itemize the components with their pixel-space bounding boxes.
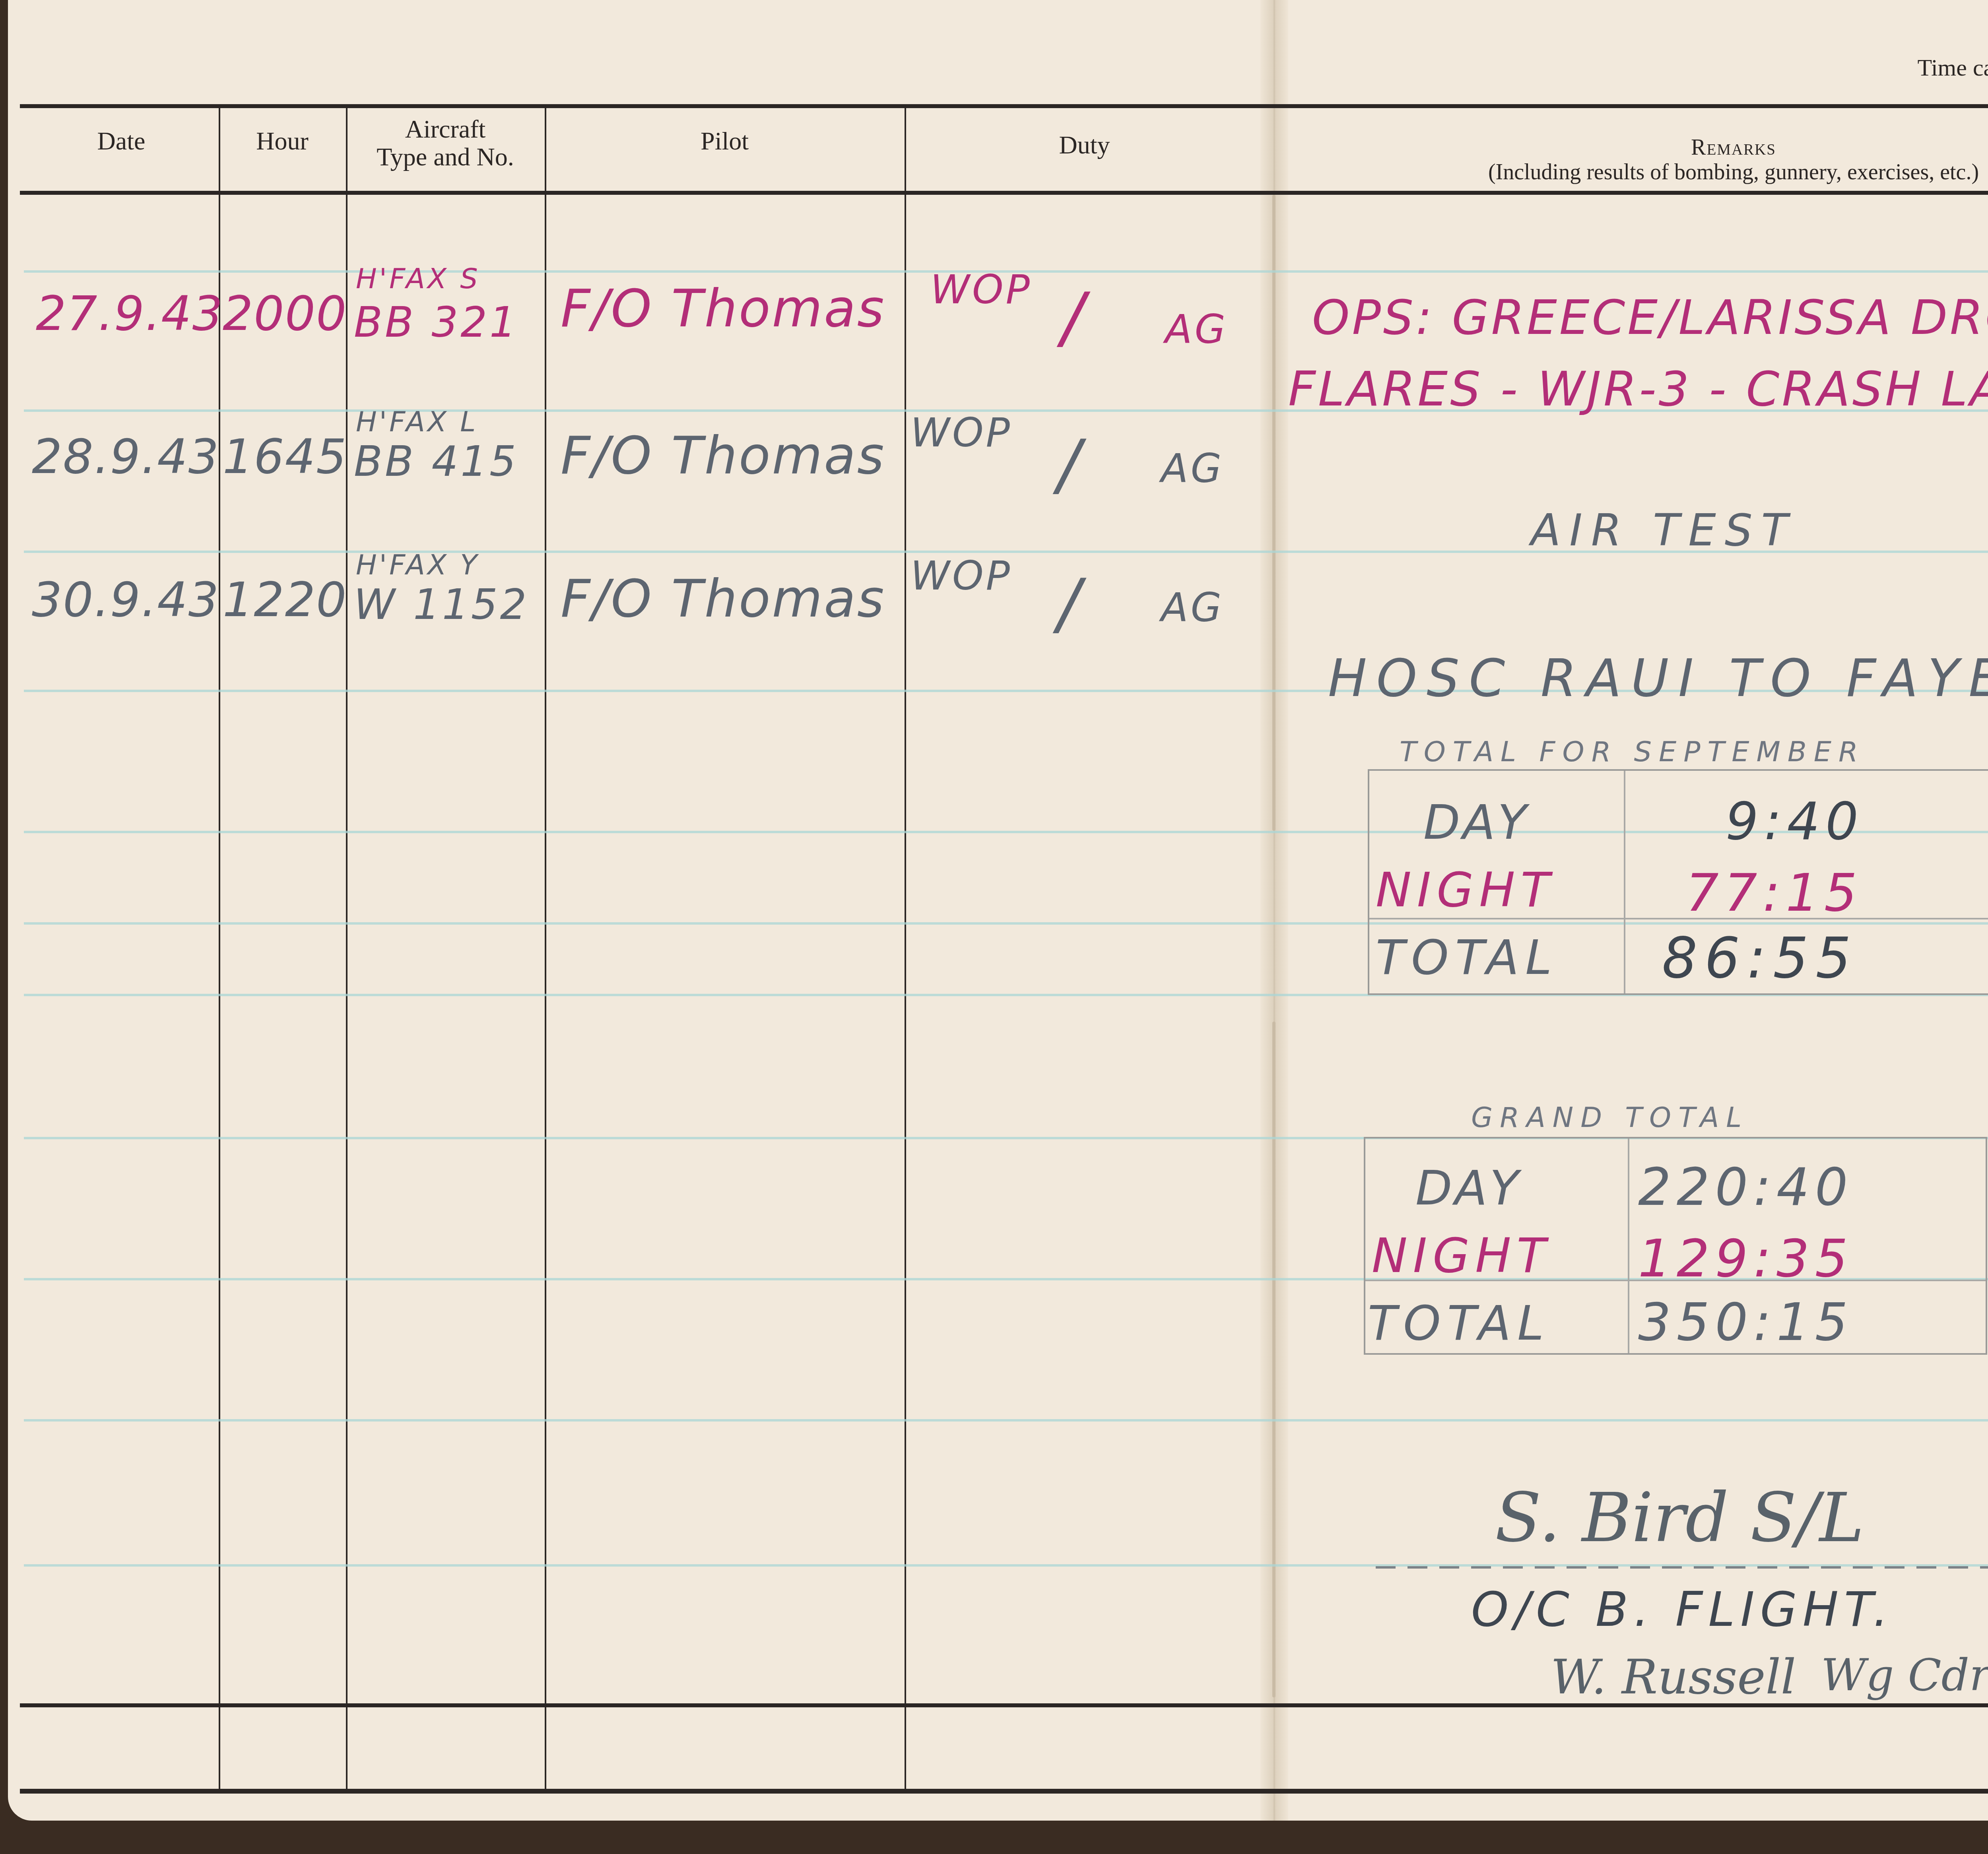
entry-duty-left: WOP	[911, 409, 1012, 456]
grand-day-label: DAY	[1415, 1161, 1521, 1216]
grand-total-title: GRAND TOTAL	[1471, 1101, 1749, 1134]
monthly-night-label: NIGHT	[1376, 863, 1555, 918]
column-header-remarks-subtitle: (Including results of bombing, gunnery, …	[1300, 160, 1988, 184]
entry-duty-right: AG	[1161, 445, 1224, 492]
entry-aircraft-type: H'FAX Y	[356, 549, 480, 581]
entry-remarks-line1: HOSC RAUI TO FAYED	[1328, 648, 1988, 708]
entry-duty-right: AG	[1165, 306, 1228, 353]
grand-night-value: 129:35	[1638, 1228, 1853, 1289]
ruled-line	[24, 1419, 1988, 1422]
column-divider	[905, 108, 906, 1790]
flight-commander-signature: S. Bird S/L	[1495, 1479, 1864, 1557]
column-header-pilot: Pilot	[545, 127, 905, 155]
time-carried-forward-label: Time carried forward:—	[1825, 54, 1988, 81]
grand-day-value: 220:40	[1638, 1157, 1853, 1217]
column-header-remarks: Remarks (Including results of bombing, g…	[1300, 135, 1988, 184]
binding-stitch	[1272, 1022, 1276, 1697]
grand-total-divider	[1628, 1138, 1629, 1353]
entry-pilot: F/O Thomas	[561, 425, 886, 486]
entry-remarks-line2: FLARES - WJR-3 - CRASH LANDING	[1288, 362, 1988, 417]
entry-aircraft-type: H'FAX L	[356, 405, 478, 438]
entry-aircraft-no: W 1152	[354, 580, 529, 629]
monthly-total-title: TOTAL FOR SEPTEMBER	[1400, 735, 1865, 768]
entry-hour: 1645	[223, 429, 347, 485]
entry-duty-left: WOP	[930, 266, 1032, 313]
entry-duty-separator: /	[1062, 278, 1087, 357]
column-header-aircraft: Aircraft Type and No.	[346, 115, 545, 171]
binding-stitch	[1272, 195, 1276, 831]
entry-duty-separator: /	[1058, 425, 1083, 504]
header-bottom-rule	[20, 191, 1988, 195]
entry-hour: 2000	[223, 286, 347, 341]
entry-pilot: F/O Thomas	[561, 278, 886, 339]
entry-aircraft-no: BB 321	[354, 298, 518, 347]
signature-line	[1376, 1566, 1988, 1569]
entry-remarks-line1: OPS: GREECE/LARISSA DROME	[1312, 290, 1988, 345]
flight-commander-title: O/C B. FLIGHT.	[1471, 1582, 1894, 1637]
column-divider	[545, 108, 546, 1790]
grand-night-label: NIGHT	[1372, 1228, 1551, 1284]
column-header-hour: Hour	[219, 127, 346, 155]
entry-pilot: F/O Thomas	[561, 568, 886, 629]
monthly-day-value: 9:40	[1726, 791, 1864, 851]
entry-remarks-line1: AIR TEST	[1531, 505, 1797, 556]
entry-duty-separator: /	[1058, 564, 1083, 643]
monthly-total-divider	[1624, 771, 1625, 993]
entry-date: 30.9.43	[32, 572, 219, 628]
entry-aircraft-no: BB 415	[354, 437, 518, 486]
grand-total-value: 350:15	[1638, 1292, 1853, 1352]
column-header-remarks-title: Remarks	[1300, 135, 1988, 160]
monthly-total-label: TOTAL	[1376, 930, 1558, 985]
column-header-aircraft-line1: Aircraft	[346, 115, 545, 143]
squadron-commander-signature: W. Russell	[1551, 1650, 1796, 1705]
header-top-rule	[20, 104, 1988, 108]
monthly-night-value: 77:15	[1686, 863, 1863, 923]
entry-duty-left: WOP	[911, 553, 1012, 599]
entry-hour: 1220	[223, 572, 347, 628]
monthly-day-label: DAY	[1423, 795, 1529, 850]
entry-duty-right: AG	[1161, 584, 1224, 631]
logbook-spread: Time carried forward:— 215:53 124:20 Dat…	[8, 0, 1988, 1821]
entry-date: 28.9.43	[32, 429, 219, 485]
column-divider	[346, 108, 348, 1790]
column-header-duty: Duty	[905, 131, 1264, 159]
grand-total-label: TOTAL	[1368, 1296, 1550, 1351]
column-header-date: Date	[24, 127, 219, 155]
squadron-commander-title: Wg Cdr. O/C 462 Squadron	[1821, 1650, 1988, 1701]
monthly-total-row-divider	[1369, 918, 1988, 919]
entry-date: 27.9.43	[36, 286, 223, 341]
monthly-total-value: 86:55	[1662, 926, 1858, 991]
footer-bottom-rule	[20, 1789, 1988, 1794]
entry-aircraft-type: H'FAX S	[356, 262, 480, 295]
column-header-aircraft-line2: Type and No.	[346, 143, 545, 171]
column-divider	[219, 108, 220, 1790]
total-time-label: Total Time....	[1877, 1737, 1988, 1765]
